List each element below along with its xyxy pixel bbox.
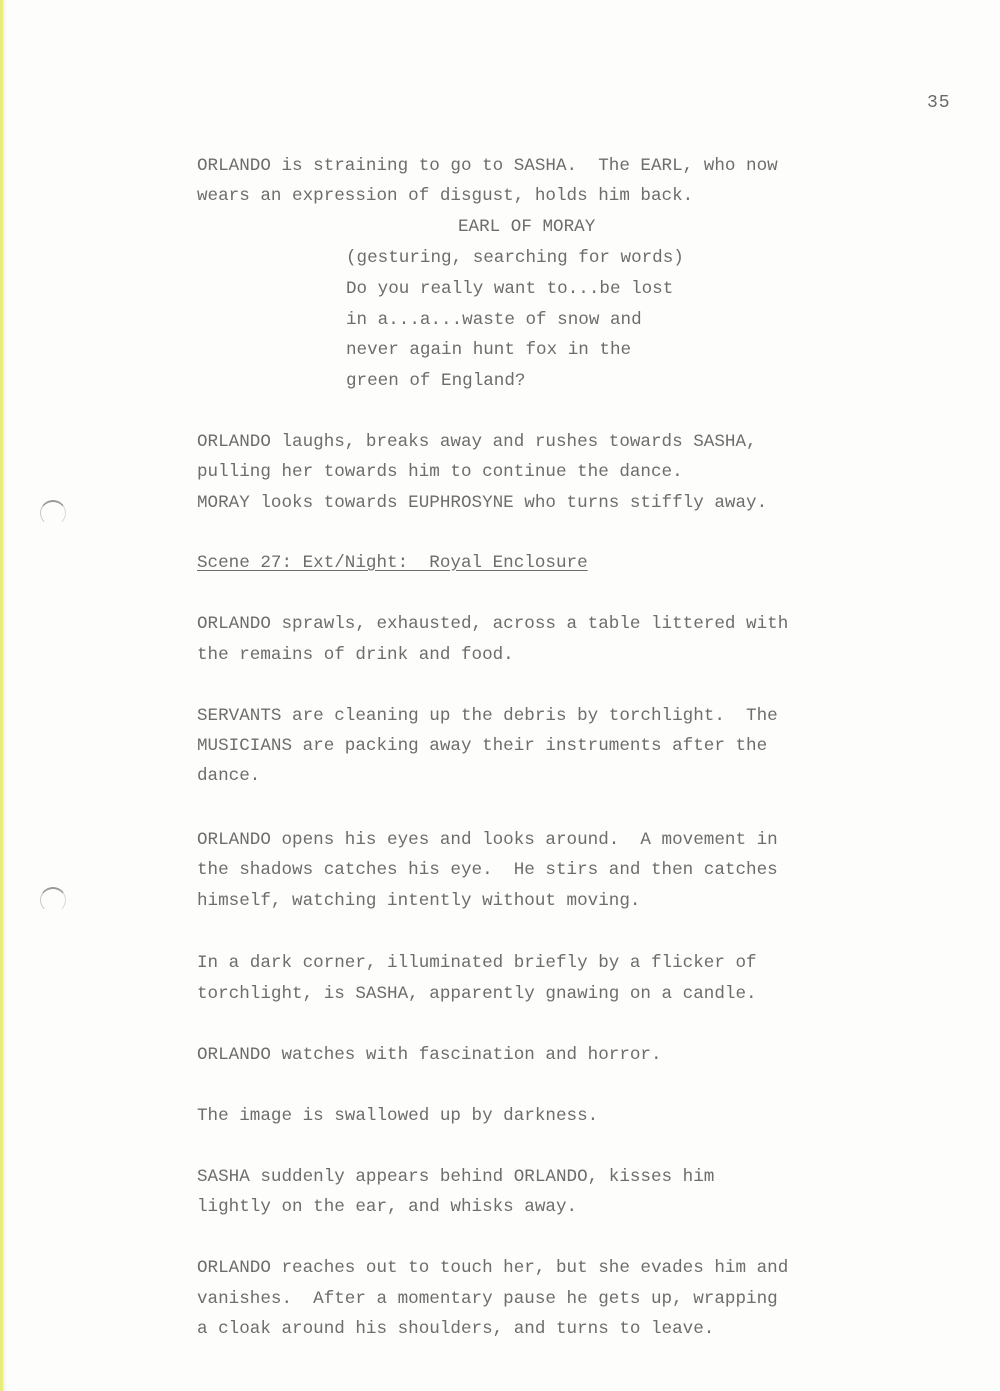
dialogue-line: Do you really want to...be lost xyxy=(346,278,673,300)
action-line: the shadows catches his eye. He stirs an… xyxy=(197,859,778,881)
page-number: 35 xyxy=(927,93,951,113)
dialogue-line: never again hunt fox in the xyxy=(346,339,631,361)
action-line: ORLANDO is straining to go to SASHA. The… xyxy=(197,155,778,177)
action-line: MUSICIANS are packing away their instrum… xyxy=(197,735,767,757)
action-line: vanishes. After a momentary pause he get… xyxy=(197,1288,778,1310)
action-line: ORLANDO watches with fascination and hor… xyxy=(197,1044,662,1066)
action-line: ORLANDO opens his eyes and looks around.… xyxy=(197,829,778,851)
action-line: ORLANDO reaches out to touch her, but sh… xyxy=(197,1257,788,1279)
action-line: lightly on the ear, and whisks away. xyxy=(197,1196,577,1218)
action-line: The image is swallowed up by darkness. xyxy=(197,1105,598,1127)
action-line: wears an expression of disgust, holds hi… xyxy=(197,185,693,207)
action-line: torchlight, is SASHA, apparently gnawing… xyxy=(197,983,757,1005)
parenthetical: (gesturing, searching for words) xyxy=(346,247,684,269)
action-line: pulling her towards him to continue the … xyxy=(197,461,683,483)
scene-heading: Scene 27: Ext/Night: Royal Enclosure xyxy=(197,552,588,574)
action-line: dance. xyxy=(197,765,260,787)
action-line: the remains of drink and food. xyxy=(197,644,514,666)
page-edge-shade xyxy=(3,0,7,1391)
action-line: ORLANDO laughs, breaks away and rushes t… xyxy=(197,431,757,453)
action-line: a cloak around his shoulders, and turns … xyxy=(197,1318,714,1340)
action-line: In a dark corner, illuminated briefly by… xyxy=(197,952,757,974)
action-line: himself, watching intently without movin… xyxy=(197,890,640,912)
punch-hole-lower xyxy=(40,887,66,913)
dialogue-line: green of England? xyxy=(346,370,526,392)
punch-hole-upper xyxy=(40,500,66,526)
action-line: SERVANTS are cleaning up the debris by t… xyxy=(197,705,778,727)
action-line: ORLANDO sprawls, exhausted, across a tab… xyxy=(197,613,788,635)
action-line: MORAY looks towards EUPHROSYNE who turns… xyxy=(197,492,767,514)
dialogue-line: in a...a...waste of snow and xyxy=(346,309,642,331)
character-name: EARL OF MORAY xyxy=(458,216,595,238)
action-line: SASHA suddenly appears behind ORLANDO, k… xyxy=(197,1166,714,1188)
